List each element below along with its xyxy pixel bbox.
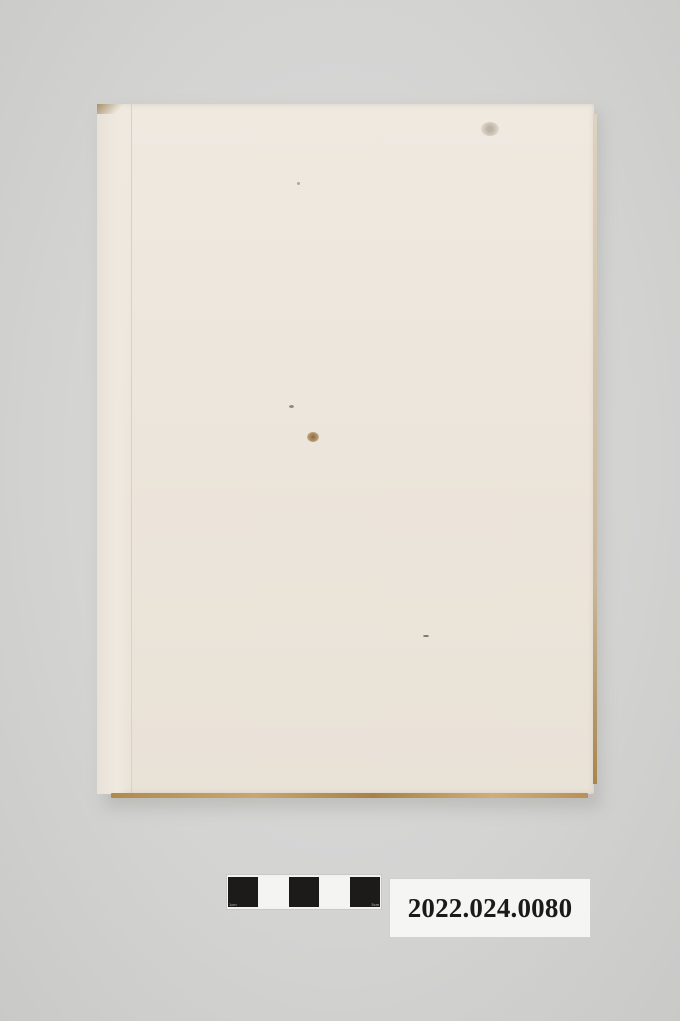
scale-start-label: 1cm bbox=[229, 902, 237, 907]
accession-number-label: 2022.024.0080 bbox=[389, 878, 591, 938]
page-edge-bottom bbox=[111, 793, 588, 798]
scale-segment bbox=[289, 877, 319, 907]
foxing-stain bbox=[423, 635, 429, 637]
booklet-cover bbox=[97, 104, 594, 794]
foxing-stain bbox=[481, 122, 499, 136]
scale-end-label: 5cm bbox=[371, 902, 379, 907]
foxing-stain bbox=[297, 182, 300, 185]
scale-segment bbox=[258, 877, 288, 907]
scale-segment bbox=[319, 877, 349, 907]
scale-segment: 5cm bbox=[350, 877, 380, 907]
foxing-stain bbox=[289, 405, 294, 408]
corner-wear bbox=[97, 104, 127, 114]
scale-bar: 1cm 5cm bbox=[226, 874, 382, 910]
booklet-spine bbox=[97, 104, 132, 794]
scale-segment: 1cm bbox=[228, 877, 258, 907]
page-edge-right bbox=[593, 114, 597, 784]
foxing-stain bbox=[307, 432, 319, 442]
